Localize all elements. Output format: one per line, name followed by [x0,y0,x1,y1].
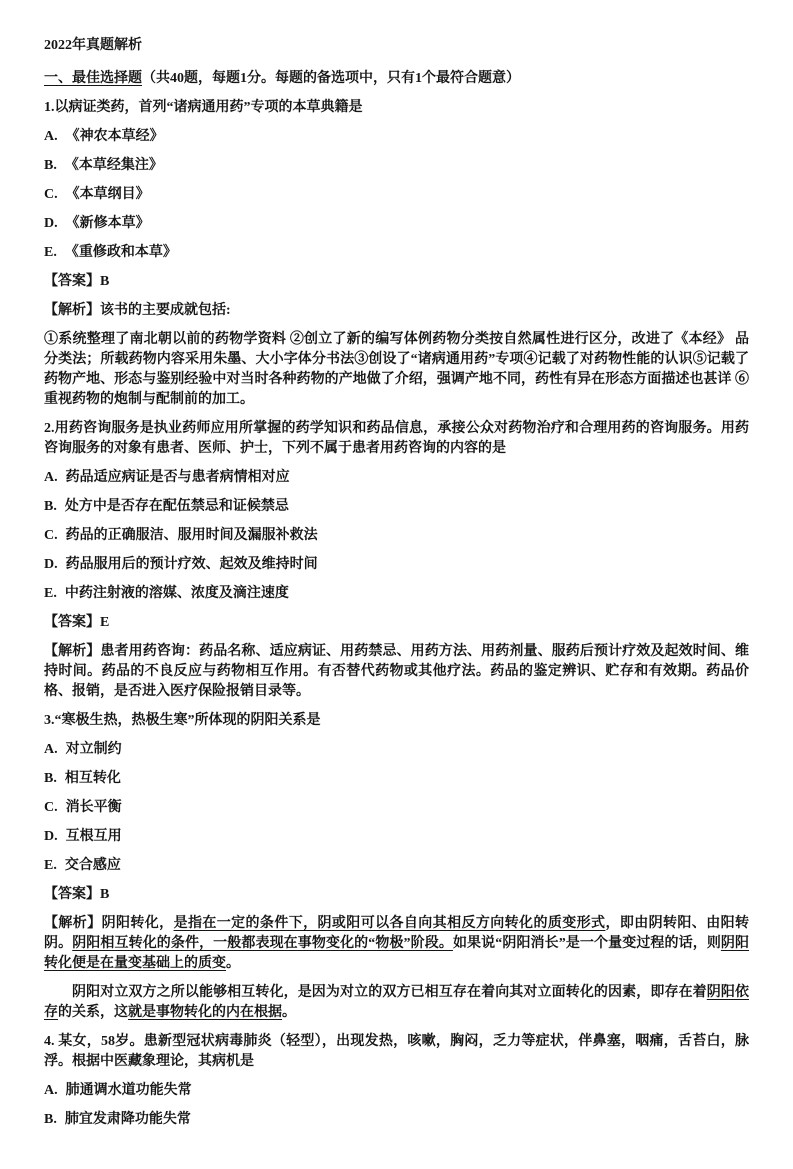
question-1-option-e: E.《重修政和本草》 [44,243,749,263]
option-text: 消长平衡 [66,800,122,815]
question-1-option-b: B.《本草经集注》 [44,156,749,176]
option-label: D. [44,827,58,847]
option-label: D. [44,555,58,575]
section-heading-rest: （共40题，每题1分。每题的备选项中，只有1个最符合题意） [142,71,520,86]
option-text: 肺通调水道功能失常 [66,1083,192,1098]
option-text: 《本草纲目》 [66,187,150,202]
option-text: 中药注射液的溶媒、浓度及滴注速度 [65,586,289,601]
option-text: 相互转化 [65,771,121,786]
question-2-option-d: D.药品服用后的预计疗效、起效及维持时间 [44,555,749,575]
option-text: 《新修本草》 [66,216,150,231]
question-1-option-a: A.《神农本草经》 [44,127,749,147]
option-label: A. [44,740,58,760]
option-label: A. [44,468,58,488]
question-3-stem: 3.“寒极生热，热极生寒”所体现的阴阳关系是 [44,711,749,731]
option-text: 药品的正确服洁、服用时间及漏服补救法 [66,528,318,543]
option-text: 交合感应 [65,858,121,873]
option-label: E. [44,856,57,876]
question-3-option-c: C.消长平衡 [44,798,749,818]
question-1-analysis-body: ①系统整理了南北朝以前的药物学资料 ②创立了新的编写体例药物分类按自然属性进行区… [44,330,749,410]
question-3-option-e: E.交合感应 [44,856,749,876]
document-page: 2022年真题解析 一、最佳选择题（共40题，每题1分。每题的备选项中，只有1个… [0,0,793,1169]
question-2-answer: 【答案】E [44,613,749,633]
question-2-option-a: A.药品适应病证是否与患者病情相对应 [44,468,749,488]
text-segment: 的关系，这 [58,1005,128,1020]
question-2-stem: 2.用药咨询服务是执业药师应用所掌握的药学知识和药品信息，承接公众对药物治疗和合… [44,419,749,459]
text-segment: 【解析】阴阳转化， [44,916,174,931]
text-segment: 。 [282,1005,296,1020]
question-2-option-c: C.药品的正确服洁、服用时间及漏服补救法 [44,526,749,546]
question-3-answer: 【答案】B [44,885,749,905]
question-1-answer: 【答案】B [44,272,749,292]
question-3-option-d: D.互根互用 [44,827,749,847]
question-4-option-b: B.肺宜发肃降功能失常 [44,1110,749,1130]
option-label: B. [44,769,57,789]
question-3-option-b: B.相互转化 [44,769,749,789]
option-text: 肺宜发肃降功能失常 [65,1112,191,1127]
text-segment: 。 [226,956,240,971]
underlined-text: 是指在一定的条件下，阴或阳可以各自向其相反方向转化的质变形式 [174,916,606,931]
underlined-text: 就是事物转化的内在根据 [128,1005,282,1020]
question-4-option-a: A.肺通调水道功能失常 [44,1081,749,1101]
option-text: 《本草经集注》 [65,158,163,173]
underlined-text: 阴阳相互转化的条件，一般都表现在事物变化的“物极”阶段。 [72,936,453,951]
question-1-analysis-intro: 【解析】该书的主要成就包括: [44,301,749,321]
question-3-option-a: A.对立制约 [44,740,749,760]
option-label: E. [44,584,57,604]
option-text: 互根互用 [66,829,122,844]
option-label: B. [44,156,57,176]
option-text: 《重修政和本草》 [65,245,177,260]
question-2-option-b: B.处方中是否存在配伍禁忌和证候禁忌 [44,497,749,517]
question-1-option-c: C.《本草纲目》 [44,185,749,205]
option-label: B. [44,497,57,517]
question-4-stem: 4. 某女，58岁。患新型冠状病毒肺炎（轻型），出现发热，咳嗽，胸闷，乏力等症状… [44,1032,749,1072]
option-text: 药品服用后的预计疗效、起效及维持时间 [66,557,318,572]
text-segment: 如果说“阴阳消长”是一个量变过程的话，则 [453,936,721,951]
section-heading: 一、最佳选择题（共40题，每题1分。每题的备选项中，只有1个最符合题意） [44,69,749,89]
question-3-analysis-paragraph-1: 【解析】阴阳转化，是指在一定的条件下，阴或阳可以各自向其相反方向转化的质变形式，… [44,914,749,974]
option-text: 《神农本草经》 [66,129,164,144]
page-title: 2022年真题解析 [44,36,749,56]
question-1-option-d: D.《新修本草》 [44,214,749,234]
question-1-stem: 1.以病证类药，首列“诸病通用药”专项的本草典籍是 [44,98,749,118]
option-label: A. [44,1081,58,1101]
option-label: C. [44,798,58,818]
question-2-option-e: E.中药注射液的溶媒、浓度及滴注速度 [44,584,749,604]
question-2-analysis-body: 【解析】患者用药咨询：药品名称、适应病证、用药禁忌、用药方法、用药剂量、服药后预… [44,642,749,702]
section-heading-underlined: 一、最佳选择题 [44,71,142,86]
option-label: E. [44,243,57,263]
option-label: A. [44,127,58,147]
question-3-analysis-paragraph-2: 阴阳对立双方之所以能够相互转化，是因为对立的双方已相互存在着向其对立面转化的因素… [44,983,749,1023]
option-text: 对立制约 [66,742,122,757]
option-label: C. [44,526,58,546]
option-text: 药品适应病证是否与患者病情相对应 [66,470,290,485]
option-label: D. [44,214,58,234]
option-label: B. [44,1110,57,1130]
text-segment: 阴阳对立双方之所以能够相互转化，是因为对立的双方已相互存在着向其对立面转化的因素… [72,985,707,1000]
option-text: 处方中是否存在配伍禁忌和证候禁忌 [65,499,289,514]
option-label: C. [44,185,58,205]
